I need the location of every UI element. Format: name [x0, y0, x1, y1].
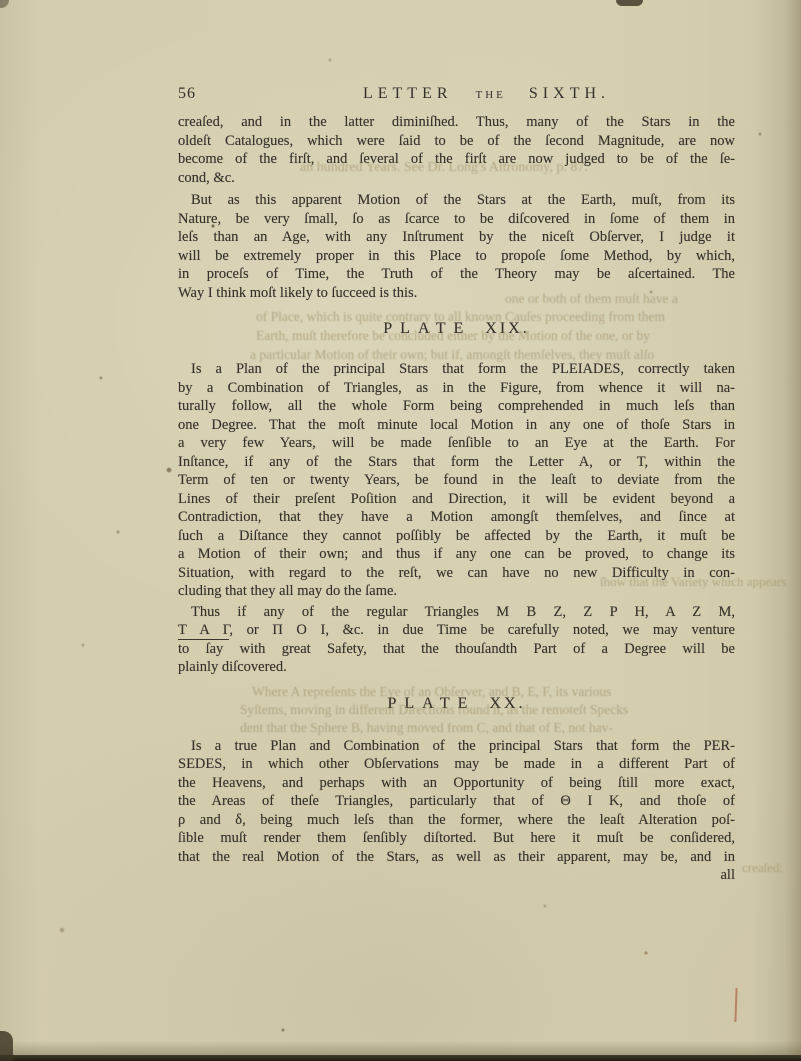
catchword: all: [178, 866, 735, 885]
header-word-the: THE: [476, 89, 506, 101]
text-line: Nature, be very ſmall, ſo as ſcarce to b…: [178, 210, 735, 229]
text-line: cond, &c.: [178, 169, 735, 188]
page-corner-mark-top-left: [0, 0, 9, 8]
text-segment: , or Π Ο Ι, &c. in due Time be carefully…: [229, 622, 735, 638]
text-line: Inſtance, if any of the Stars that form …: [178, 453, 735, 472]
text-block: 56 LETTER THE SIXTH. creaſed, and in the…: [178, 85, 735, 885]
text-line: the Heavens, and perhaps with an Opportu…: [178, 774, 735, 793]
paragraph-persedes-plan: Is a true Plan and Combination of the pr…: [178, 737, 735, 867]
paragraph-apparent-motion: But as this apparent Motion of the Stars…: [178, 191, 735, 302]
header-title: LETTER THE SIXTH.: [238, 85, 735, 103]
text-line: Term of ten or twenty Years, be found in…: [178, 471, 735, 490]
plate-xx-heading: PLATE XX.: [178, 693, 735, 715]
plate-xx-numeral: XX.: [489, 695, 525, 712]
text-line: a Motion of their own; and thus if any o…: [178, 545, 735, 564]
plate-xix-numeral: XIX.: [485, 320, 529, 337]
text-line: plainly diſcovered.: [178, 658, 735, 677]
text-line: Is a Plan of the principal Stars that fo…: [178, 360, 735, 379]
header-word-sixth: SIXTH.: [529, 85, 610, 102]
text-line: SEDES, in which other Obſervations may b…: [178, 755, 735, 774]
plate-xix-word: PLATE: [383, 320, 471, 337]
text-line: ſible muſt render them ſenſibly diſtorte…: [178, 829, 735, 848]
text-line: Contradiction, that they have a Motion a…: [178, 508, 735, 527]
text-line: But as this apparent Motion of the Stars…: [178, 191, 735, 210]
paper-fiber: [734, 988, 737, 1022]
page-number: 56: [178, 85, 238, 103]
text-line: Is a true Plan and Combination of the pr…: [178, 737, 735, 756]
page-corner-mark-bottom-left: [0, 1031, 13, 1061]
text-line: become of the firſt, and ſeveral of the …: [178, 150, 735, 169]
text-line: in proceſs of Time, the Truth of the The…: [178, 265, 735, 284]
text-line: the Areas of theſe Triangles, particular…: [178, 792, 735, 811]
text-line: to ſay with great Safety, that the thouſ…: [178, 640, 735, 659]
page-edge-nick: [616, 0, 643, 6]
text-line: cluding that they all may do the ſame.: [178, 582, 735, 601]
plate-xix-heading: PLATE XIX.: [178, 318, 735, 340]
page-bottom-edge: [0, 1055, 801, 1061]
text-line: ρ and δ, being much leſs than the former…: [178, 811, 735, 830]
page-bottom-shading: [0, 1041, 801, 1055]
text-line: Thus if any of the regular Triangles M B…: [178, 603, 735, 622]
show-through-text: creaſed:: [742, 860, 783, 876]
paragraph-pleiades-plan: Is a Plan of the principal Stars that fo…: [178, 360, 735, 601]
text-line: that the real Motion of the Stars, as we…: [178, 848, 735, 867]
text-line: oldeſt Catalogues, which were ſaid to be…: [178, 132, 735, 151]
text-line: Situation, with regard to the reſt, we c…: [178, 564, 735, 583]
text-line: Τ Α Γ, or Π Ο Ι, &c. in due Time be care…: [178, 621, 735, 640]
running-header: 56 LETTER THE SIXTH.: [178, 85, 735, 103]
text-line: turally follow, all the whole Form being…: [178, 397, 735, 416]
text-line: Way I think moſt likely to ſucceed is th…: [178, 284, 735, 303]
text-line: leſs than an Age, with any Inſtrument by…: [178, 228, 735, 247]
text-line: a very few Years, will be made ſenſible …: [178, 434, 735, 453]
plate-xx-word: PLATE: [387, 695, 475, 712]
text-line: Lines of their preſent Poſition and Dire…: [178, 490, 735, 509]
text-line: creaſed, and in the latter diminiſhed. T…: [178, 113, 735, 132]
paragraph-triangles: Thus if any of the regular Triangles M B…: [178, 603, 735, 677]
text-line: will be extremely proper in this Place t…: [178, 247, 735, 266]
text-line: one Degree. That the moſt minute local M…: [178, 416, 735, 435]
paragraph-magnitudes: creaſed, and in the latter diminiſhed. T…: [178, 113, 735, 187]
text-line: by a Combination of Triangles, as in the…: [178, 379, 735, 398]
text-line: ſuch a Diſtance they cannot poſſibly be …: [178, 527, 735, 546]
underlined-greek-label: Τ Α Γ: [178, 622, 229, 640]
page: 56 LETTER THE SIXTH. creaſed, and in the…: [0, 0, 801, 1061]
header-word-letter: LETTER: [363, 85, 453, 102]
